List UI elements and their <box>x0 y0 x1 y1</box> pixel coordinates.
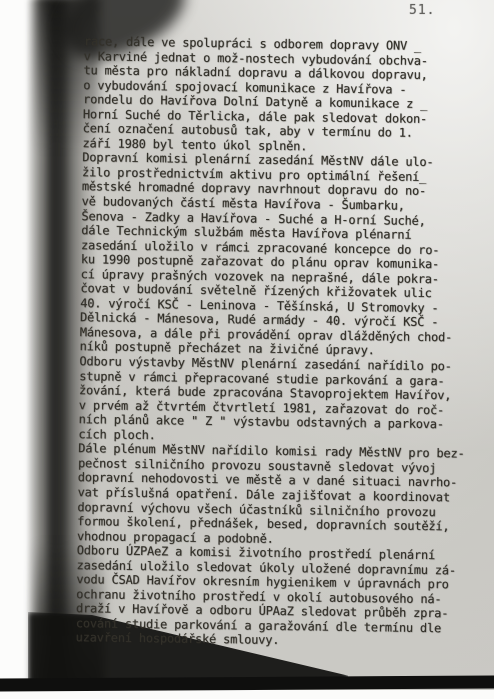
typewritten-text-block: race, dále ve spolupráci s odborem dopra… <box>75 34 487 651</box>
bottom-white-strip <box>0 690 494 699</box>
scanned-document-page: 51. race, dále ve spolupráci s odborem d… <box>0 0 494 699</box>
page-number: 51. <box>409 3 435 18</box>
